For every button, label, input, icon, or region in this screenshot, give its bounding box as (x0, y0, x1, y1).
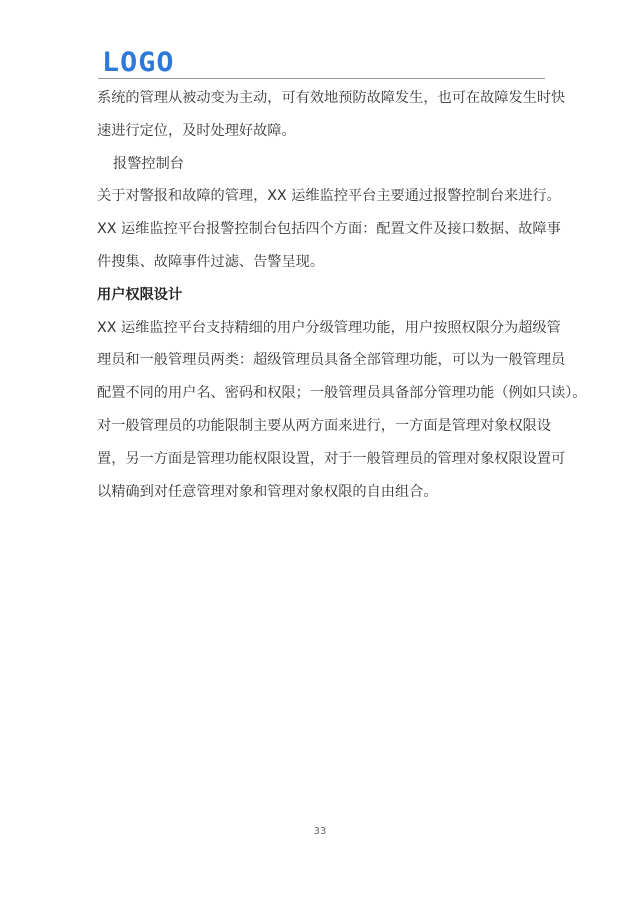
paragraph-line: 对一般管理员的功能限制主要从两方面来进行，一方面是管理对象权限设 (97, 416, 557, 436)
paragraph-line: 系统的管理从被动变为主动，可有效地预防故障发生，也可在故障发生时快 (97, 88, 557, 108)
paragraph-line: 件搜集、故障事件过滤、告警呈现。 (97, 252, 557, 272)
paragraph-line: 以精确到对任意管理对象和管理对象权限的自由组合。 (97, 482, 557, 502)
header-divider (98, 78, 545, 79)
paragraph-line: 理员和一般管理员两类：超级管理员具备全部管理功能，可以为一般管理员 (97, 350, 557, 370)
paragraph-line: 关于对警报和故障的管理，XX 运维监控平台主要通过报警控制台来进行。 (97, 186, 557, 206)
paragraph-line: 配置不同的用户名、密码和权限；一般管理员具备部分管理功能（例如只读）。 (97, 383, 557, 403)
paragraph-line: 速进行定位，及时处理好故障。 (97, 121, 557, 141)
logo: LOGO (102, 49, 174, 77)
subheading-alarm-console: 报警控制台 (97, 154, 557, 174)
document-body: 系统的管理从被动变为主动，可有效地预防故障发生，也可在故障发生时快 速进行定位，… (97, 88, 557, 514)
paragraph-line: XX 运维监控平台支持精细的用户分级管理功能，用户按照权限分为超级管 (97, 318, 557, 338)
paragraph-line: 置，另一方面是管理功能权限设置，对于一般管理员的管理对象权限设置可 (97, 449, 557, 469)
page-number: 33 (0, 826, 640, 837)
paragraph-line: XX 运维监控平台报警控制台包括四个方面：配置文件及接口数据、故障事 (97, 219, 557, 239)
section-heading-user-permissions: 用户权限设计 (97, 285, 557, 305)
